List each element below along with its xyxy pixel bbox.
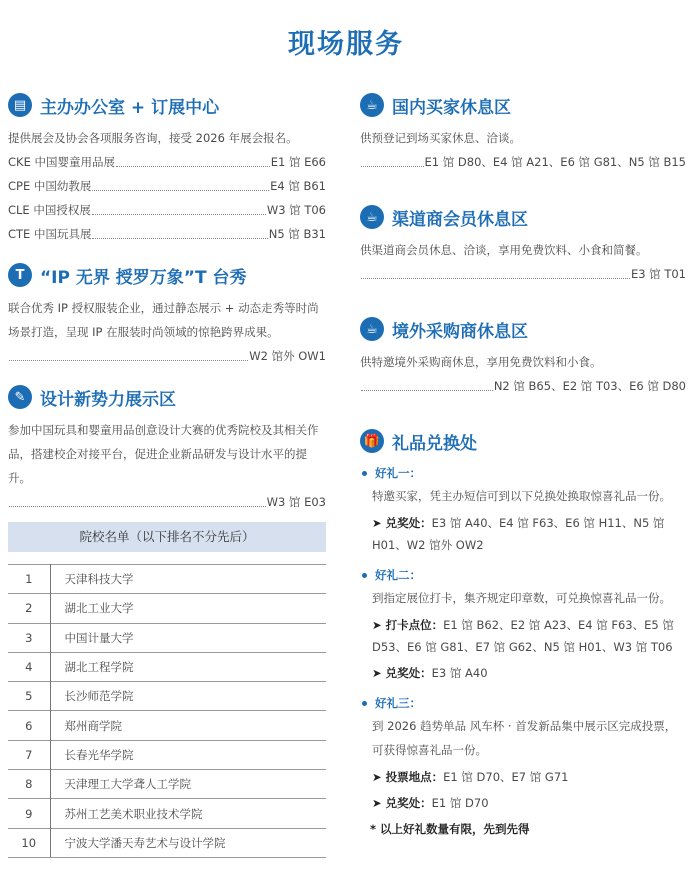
section-desc: 提供展会及协会各项服务咨询，接受 2026 年展会报名。 [8,126,326,150]
chevron-right-icon: ➤ [372,516,382,530]
chevron-right-icon: ➤ [372,796,382,810]
location-row: W3 馆 E03 [8,490,326,514]
section-title: 渠道商会员休息区 [392,205,528,230]
office-icon: ▤ [8,93,32,117]
section-desc: 参加中国玩具和婴童用品创意设计大赛的优秀院校及其相关作品，搭建校企对接平台，促进… [8,418,326,490]
booth-row: CPE 中国幼教展E4 馆 B61 [8,174,326,198]
gift-icon: 🎁 [360,429,384,453]
location-row: E1 馆 D80、E4 馆 A21、E6 馆 G81、N5 馆 B15 [360,150,686,174]
school-list-header: 院校名单（以下排名不分先后） [8,522,326,552]
section-design: ✎ 设计新势力展示区 参加中国玩具和婴童用品创意设计大赛的优秀院校及其相关作品，… [8,384,326,858]
section-overseas-lounge: ☕ 境外采购商休息区 供特邀境外采购商休息，享用免费饮料和小食。 N2 馆 B6… [360,316,686,398]
section-desc: 供预登记到场买家休息、洽谈。 [360,126,686,150]
gift-item-3: 好礼三： 到 2026 趋势单品 风车杯 · 首发新品集中展示区完成投票，可获得… [362,692,686,814]
section-desc: 联合优秀 IP 授权服装企业，通过静态展示 + 动态走秀等时尚场景打造，呈现 I… [8,296,326,344]
gift-sub: ➤兑奖处：E3 馆 A40 [362,662,686,684]
location-row: W2 馆外 OW1 [8,344,326,368]
table-row: 4湖北工程学院 [8,652,326,681]
page-title: 现场服务 [0,22,692,61]
section-title: 主办办公室 + 订展中心 [40,93,219,118]
gift-sub: ➤兑奖处：E3 馆 A40、E4 馆 F63、E6 馆 H11、N5 馆 H01… [362,512,686,556]
section-title: 国内买家休息区 [392,93,511,118]
section-office: ▤ 主办办公室 + 订展中心 提供展会及协会各项服务咨询，接受 2026 年展会… [8,92,326,246]
table-row: 8天津理工大学聋人工学院 [8,770,326,799]
school-table: 1天津科技大学 2湖北工业大学 3中国计量大学 4湖北工程学院 5长沙师范学院 … [8,564,326,858]
gift-sub: ➤投票地点：E1 馆 D70、E7 馆 G71 [362,766,686,788]
section-title: “IP 无界 授罗万象”T 台秀 [40,263,246,288]
gift-sub: ➤兑奖处：E1 馆 D70 [362,792,686,814]
table-row: 1天津科技大学 [8,565,326,594]
section-gift-exchange: 🎁 礼品兑换处 好礼一： 特邀买家，凭主办短信可到以下兑换处换取惊喜礼品一份。 … [360,428,686,840]
table-row: 6郑州商学院 [8,711,326,740]
section-ip-show: T “IP 无界 授罗万象”T 台秀 联合优秀 IP 授权服装企业，通过静态展示… [8,262,326,368]
chevron-right-icon: ➤ [372,770,382,784]
booth-row: CKE 中国婴童用品展E1 馆 E66 [8,150,326,174]
section-title: 设计新势力展示区 [40,385,176,410]
section-title: 礼品兑换处 [392,429,477,454]
table-row: 9苏州工艺美术职业技术学院 [8,799,326,828]
location-row: E3 馆 T01 [360,262,686,286]
t-stage-icon: T [8,263,32,287]
coffee-cup-icon: ☕ [360,205,384,229]
pen-icon: ✎ [8,385,32,409]
booth-row: CTE 中国玩具展N5 馆 B31 [8,222,326,246]
chevron-right-icon: ➤ [372,618,382,632]
table-row: 7长春光华学院 [8,740,326,769]
bullet-icon [362,573,367,578]
gift-note: * 以上好礼数量有限，先到先得 [360,818,686,840]
coffee-cup-icon: ☕ [360,93,384,117]
chevron-right-icon: ➤ [372,666,382,680]
table-row: 10宁波大学潘天寿艺术与设计学院 [8,828,326,857]
location-row: N2 馆 B65、E2 馆 T03、E6 馆 D80 [360,374,686,398]
gift-item-1: 好礼一： 特邀买家，凭主办短信可到以下兑换处换取惊喜礼品一份。 ➤兑奖处：E3 … [362,462,686,556]
table-row: 2湖北工业大学 [8,594,326,623]
coffee-cup-icon: ☕ [360,317,384,341]
section-desc: 供特邀境外采购商休息，享用免费饮料和小食。 [360,350,686,374]
section-channel-lounge: ☕ 渠道商会员休息区 供渠道商会员休息、洽谈，享用免费饮料、小食和简餐。 E3 … [360,204,686,286]
left-column: ▤ 主办办公室 + 订展中心 提供展会及协会各项服务咨询，接受 2026 年展会… [8,92,326,858]
gift-sub: ➤打卡点位：E1 馆 B62、E2 馆 A23、E4 馆 F63、E5 馆 D5… [362,614,686,658]
section-domestic-lounge: ☕ 国内买家休息区 供预登记到场买家休息、洽谈。 E1 馆 D80、E4 馆 A… [360,92,686,174]
right-column: ☕ 国内买家休息区 供预登记到场买家休息、洽谈。 E1 馆 D80、E4 馆 A… [360,92,686,840]
table-row: 3中国计量大学 [8,623,326,652]
table-row: 5长沙师范学院 [8,682,326,711]
section-desc: 供渠道商会员休息、洽谈，享用免费饮料、小食和简餐。 [360,238,686,262]
booth-row: CLE 中国授权展W3 馆 T06 [8,198,326,222]
section-title: 境外采购商休息区 [392,317,528,342]
bullet-icon [362,471,367,476]
bullet-icon [362,701,367,706]
gift-item-2: 好礼二： 到指定展位打卡，集齐规定印章数，可兑换惊喜礼品一份。 ➤打卡点位：E1… [362,564,686,684]
